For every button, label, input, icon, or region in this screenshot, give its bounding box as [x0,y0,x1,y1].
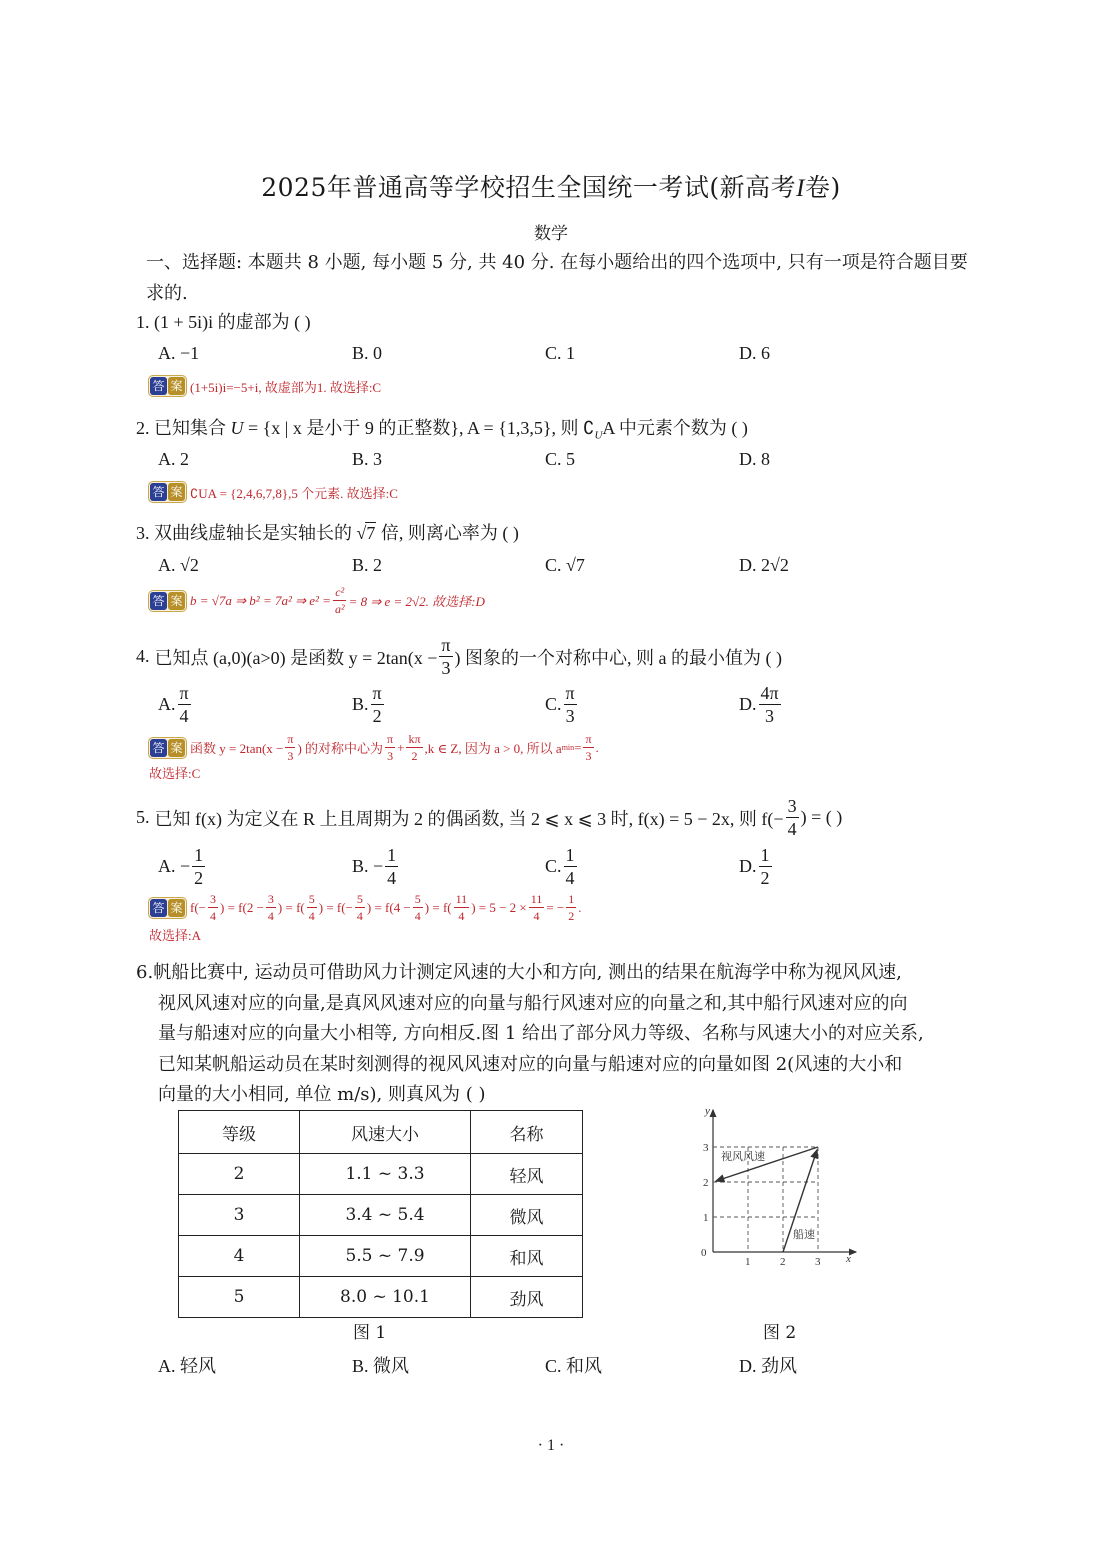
answer-text: ) = f( [278,900,305,916]
question-text: ) 图象的一个对称中心, 则 a 的最小值为 ( ) [455,644,782,670]
q3-option-a: A. √2 [158,555,199,576]
fraction: 54 [413,893,423,922]
question-number: 5. [136,807,150,828]
answer-badge: 答案 [148,590,187,612]
numerator: 4π [759,684,781,705]
question-3-stem: 3. 双曲线虚轴长是实轴长的 √7 倍, 则离心率为 ( ) [136,519,519,545]
q1-option-d: D. 6 [739,343,770,364]
title-suffix: 卷) [805,173,841,202]
question-text: = {x | x 是小于 9 的正整数}, A = {1,3,5}, 则 ∁ [244,418,595,438]
numerator: 3 [208,893,218,908]
badge-left: 答 [150,377,167,395]
fraction: π3 [439,636,452,677]
table-header: 名称 [471,1111,583,1154]
answer-text: f(− [190,900,206,916]
title-text: 2025年普通高等学校招生全国统一考试(新高考 [261,173,796,202]
vector-diagram: 0 1 2 3 1 2 3 x y 视风风速 船速 [696,1102,866,1272]
answer-badge: 答案 [148,375,187,397]
section-instructions: 一、选择题: 本题共 8 小题, 每小题 5 分, 共 40 分. 在每小题给出… [146,247,976,309]
answer-text: ) = f(2 − [220,900,264,916]
question-text: (1 + 5i)i 的虚部为 ( ) [154,312,311,332]
question-number: 2. [136,418,150,438]
fraction: 14 [385,846,398,887]
q2-option-a: A. 2 [158,449,189,470]
fraction: π3 [385,733,395,762]
table-cell: 和风 [471,1236,583,1277]
q1-option-c: C. 1 [545,343,575,364]
option-label: B. [352,694,369,715]
option-label: D. [739,856,757,877]
answer-text: ) = f(− [319,900,353,916]
fraction: 14 [564,846,577,887]
numerator: 1 [385,846,398,867]
answer-text: = [574,740,581,756]
denominator: 4 [532,908,542,922]
q2-option-d: D. 8 [739,449,770,470]
q4-option-d: D.4π3 [739,684,783,725]
q2-answer: 答案 ∁UA = {2,4,6,7,8},5 个元素. 故选择:C [148,481,398,503]
denominator: 4 [266,908,276,922]
numerator: π [385,733,395,748]
numerator: c² [333,586,346,601]
question-1-stem: 1. (1 + 5i)i 的虚部为 ( ) [136,308,311,334]
figure-1-caption: 图 1 [353,1318,386,1343]
badge-left: 答 [150,739,167,757]
answer-text: . [596,740,599,756]
table-cell: 8.0 ~ 10.1 [300,1277,471,1318]
y-tick: 2 [703,1177,709,1189]
denominator: 4 [564,867,577,887]
denominator: 4 [307,908,317,922]
denominator: 2 [759,867,772,887]
question-text: 视风风速对应的向量,是真风风速对应的向量与船行风速对应的向量之和,其中船行风速对… [136,989,976,1020]
badge-right: 案 [168,483,185,501]
fraction: kπ2 [406,733,422,762]
answer-subscript: min [562,743,574,752]
fraction: 12 [759,846,772,887]
y-tick: 3 [703,1142,709,1154]
numerator: 5 [355,893,365,908]
q3-option-d: D. 2√2 [739,555,789,576]
denominator: 2 [192,867,205,887]
numerator: 1 [564,846,577,867]
q4-option-c: C.π3 [545,684,579,725]
x-tick: 1 [745,1256,751,1268]
question-text: U [231,418,244,438]
badge-right: 案 [168,899,185,917]
q6-option-b: B. 微风 [352,1352,409,1378]
fraction: π2 [371,684,384,725]
fraction: c²a² [333,586,347,615]
numerator: π [439,636,452,657]
badge-left: 答 [150,592,167,610]
numerator: π [371,684,384,705]
table-row: 5 8.0 ~ 10.1 劲风 [179,1277,583,1318]
q3-answer: 答案 b = √7a ⇒ b² = 7a² ⇒ e² = c²a² = 8 ⇒ … [148,586,485,615]
x-axis-label: x [845,1253,851,1265]
y-axis-label: y [704,1105,710,1117]
q5-option-c: C.14 [545,846,579,887]
table-cell: 2 [179,1154,300,1195]
numerator: π [583,733,593,748]
answer-badge: 答案 [148,481,187,503]
question-text: A 中元素个数为 ( ) [602,418,748,438]
q1-option-b: B. 0 [352,343,382,364]
badge-left: 答 [150,483,167,501]
table-cell: 5 [179,1277,300,1318]
answer-text: ,k ∈ Z, 因为 a > 0, 所以 a [425,738,562,757]
question-text: 帆船比赛中, 运动员可借助风力计测定风速的大小和方向, 测出的结果在航海学中称为… [153,962,902,983]
option-label: C. [545,856,562,877]
answer-text: ) = f( [425,900,452,916]
badge-right: 案 [168,377,185,395]
question-text: 已知集合 [154,418,231,438]
figure-2-caption: 图 2 [763,1318,796,1343]
answer-text: + [397,740,404,756]
option-label: D. [739,694,757,715]
answer-text: ) = 5 − 2 × [471,900,527,916]
fraction: 114 [529,893,545,922]
option-label: A. − [158,856,190,877]
table-header: 风速大小 [300,1111,471,1154]
answer-text: ) = f(4 − [367,900,411,916]
table-cell: 轻风 [471,1154,583,1195]
fraction: π4 [178,684,191,725]
fraction: π3 [583,733,593,762]
denominator: 4 [208,908,218,922]
numerator: 11 [454,893,470,908]
denominator: 2 [566,908,576,922]
answer-text: 函数 y = 2tan(x − [190,738,283,757]
numerator: 5 [307,893,317,908]
numerator: 1 [566,893,576,908]
question-text: 7 [365,522,376,543]
q4-answer: 答案 函数 y = 2tan(x − π3 ) 的对称中心为 π3 + kπ2 … [148,733,599,762]
denominator: 4 [786,818,799,838]
numerator: 5 [413,893,423,908]
denominator: 4 [385,867,398,887]
table-cell: 5.5 ~ 7.9 [300,1236,471,1277]
y-tick: 1 [703,1212,709,1224]
denominator: 4 [355,908,365,922]
denominator: 2 [371,705,384,725]
table-cell: 劲风 [471,1277,583,1318]
question-6-stem: 6.帆船比赛中, 运动员可借助风力计测定风速的大小和方向, 测出的结果在航海学中… [136,958,976,1111]
numerator: 3 [266,893,276,908]
q3-option-b: B. 2 [352,555,382,576]
denominator: 3 [439,657,452,677]
question-text: ) = ( ) [801,807,843,828]
numerator: 1 [759,846,772,867]
q6-option-d: D. 劲风 [739,1352,797,1378]
q5-option-d: D.12 [739,846,774,887]
table-cell: 1.1 ~ 3.3 [300,1154,471,1195]
x-tick: 2 [780,1256,786,1268]
fraction: 34 [208,893,218,922]
question-text: 已知某帆船运动员在某时刻测得的视风风速对应的向量与船速对应的向量如图 2(风速的… [136,1050,976,1081]
q1-option-a: A. −1 [158,343,199,364]
question-text: 双曲线虚轴长是实轴长的 √ [154,523,366,543]
numerator: π [564,684,577,705]
option-label: C. [545,694,562,715]
numerator: 3 [786,797,799,818]
table-cell: 微风 [471,1195,583,1236]
title-roman: I [796,175,805,202]
q3-option-c: C. √7 [545,555,585,576]
fraction: 12 [192,846,205,887]
question-text: 已知点 (a,0)(a>0) 是函数 y = 2tan(x − [155,644,438,670]
question-number: 6. [136,962,153,983]
q2-option-b: B. 3 [352,449,382,470]
table-cell: 3 [179,1195,300,1236]
question-number: 4. [136,646,150,667]
answer-text: = 8 ⇒ e = 2√2. 故选择:D [349,591,485,610]
fraction: 34 [786,797,799,838]
question-5-stem: 5. 已知 f(x) 为定义在 R 上且周期为 2 的偶函数, 当 2 ⩽ x … [136,797,842,838]
origin-label: 0 [701,1247,707,1259]
badge-right: 案 [168,592,185,610]
table-cell: 4 [179,1236,300,1277]
table-row: 2 1.1 ~ 3.3 轻风 [179,1154,583,1195]
denominator: 3 [385,748,395,762]
question-number: 3. [136,523,150,543]
option-label: B. − [352,856,383,877]
question-text: 已知 f(x) 为定义在 R 上且周期为 2 的偶函数, 当 2 ⩽ x ⩽ 3… [155,805,784,831]
question-text: 量与船速对应的向量大小相等, 方向相反.图 1 给出了部分风力等级、名称与风速大… [136,1019,976,1050]
q5-answer-note: 故选择:A [149,925,201,944]
q2-option-c: C. 5 [545,449,575,470]
answer-text: ∁UA = {2,4,6,7,8},5 个元素. 故选择:C [190,483,398,502]
page-number: · 1 · [0,1437,1102,1455]
x-tick: 3 [815,1256,821,1268]
answer-text: ) 的对称中心为 [297,738,383,757]
q5-option-b: B. −14 [352,846,400,887]
numerator: kπ [406,733,422,748]
question-number: 1. [136,312,150,332]
numerator: π [285,733,295,748]
q1-answer: 答案 (1+5i)i=−5+i, 故虚部为1. 故选择:C [148,375,381,397]
subject-heading: 数学 [0,219,1102,244]
denominator: 4 [178,705,191,725]
q4-option-b: B.π2 [352,684,386,725]
denominator: 3 [285,748,295,762]
denominator: 3 [763,705,776,725]
q6-option-c: C. 和风 [545,1352,602,1378]
q6-option-a: A. 轻风 [158,1352,216,1378]
table-row: 4 5.5 ~ 7.9 和风 [179,1236,583,1277]
denominator: 4 [413,908,423,922]
fraction: π3 [564,684,577,725]
badge-left: 答 [150,899,167,917]
answer-text: b = √7a ⇒ b² = 7a² ⇒ e² = [190,593,331,609]
answer-text: . [578,900,581,916]
table-header: 等级 [179,1111,300,1154]
fraction: 12 [566,893,576,922]
q5-option-a: A. −12 [158,846,207,887]
question-text: 倍, 则离心率为 ( ) [376,523,519,543]
denominator: a² [333,601,347,615]
denominator: 4 [456,908,466,922]
answer-text: = − [546,900,564,916]
numerator: 1 [192,846,205,867]
wind-level-table: 等级 风速大小 名称 2 1.1 ~ 3.3 轻风 3 3.4 ~ 5.4 微风… [178,1110,583,1318]
fraction: 114 [454,893,470,922]
fraction: 54 [355,893,365,922]
fraction: 54 [307,893,317,922]
denominator: 3 [564,705,577,725]
denominator: 2 [409,748,419,762]
table-cell: 3.4 ~ 5.4 [300,1195,471,1236]
table-row: 3 3.4 ~ 5.4 微风 [179,1195,583,1236]
option-label: A. [158,694,176,715]
answer-badge: 答案 [148,737,187,759]
q5-answer: 答案 f(−34) = f(2 − 34) = f(54) = f(−54) =… [148,893,582,922]
q4-answer-note: 故选择:C [149,763,200,782]
q4-option-a: A.π4 [158,684,193,725]
fraction: 34 [266,893,276,922]
denominator: 3 [584,748,594,762]
fraction: 4π3 [759,684,781,725]
numerator: 11 [529,893,545,908]
question-2-stem: 2. 已知集合 U = {x | x 是小于 9 的正整数}, A = {1,3… [136,414,748,442]
apparent-wind-label: 视风风速 [721,1149,765,1163]
question-4-stem: 4. 已知点 (a,0)(a>0) 是函数 y = 2tan(x − π3 ) … [136,636,782,677]
numerator: π [178,684,191,705]
badge-right: 案 [168,739,185,757]
answer-text: (1+5i)i=−5+i, 故虚部为1. 故选择:C [190,377,381,396]
answer-badge: 答案 [148,897,187,919]
boat-speed-label: 船速 [793,1227,815,1241]
table-header-row: 等级 风速大小 名称 [179,1111,583,1154]
fraction: π3 [285,733,295,762]
exam-title: 2025年普通高等学校招生全国统一考试(新高考I卷) [0,168,1102,204]
